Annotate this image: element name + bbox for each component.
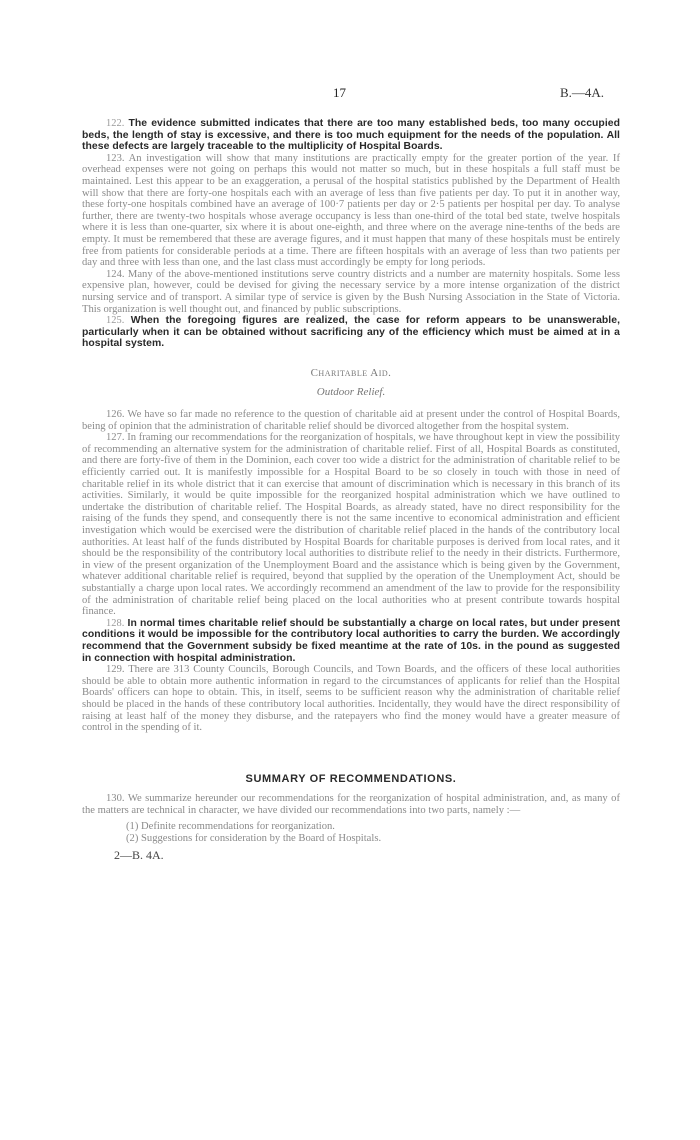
paragraph-text: An investigation will show that many ins… <box>82 153 620 268</box>
paragraph-number: 130. <box>106 793 125 804</box>
paragraph-129: 129. There are 313 County Councils, Boro… <box>82 664 620 734</box>
signature-mark: 2—B. 4A. <box>82 850 620 862</box>
paragraph-text: The evidence submitted indicates that th… <box>82 118 620 152</box>
paragraph-125: 125. When the foregoing figures are real… <box>82 315 620 350</box>
page-header: 17 B.—4A. <box>0 85 700 101</box>
paragraph-126: 126. We have so far made no reference to… <box>82 409 620 432</box>
page-number: 17 <box>333 85 346 101</box>
paragraph-text: When the foregoing figures are realized,… <box>82 315 620 349</box>
paragraph-127: 127. In framing our recommendations for … <box>82 432 620 618</box>
paragraph-123: 123. An investigation will show that man… <box>82 153 620 269</box>
paragraph-number: 124. <box>106 269 125 280</box>
summary-heading: SUMMARY OF RECOMMENDATIONS. <box>82 774 620 786</box>
paragraph-number: 127. <box>106 432 125 443</box>
paragraph-number: 122. <box>106 118 124 129</box>
document-body: 122. The evidence submitted indicates th… <box>82 118 620 862</box>
paragraph-122: 122. The evidence submitted indicates th… <box>82 118 620 153</box>
paragraph-number: 125. <box>106 315 124 326</box>
list-item: (2) Suggestions for consideration by the… <box>126 833 620 845</box>
section-heading-charitable-aid: Charitable Aid. <box>82 368 620 380</box>
paragraph-text: In framing our recommendations for the r… <box>82 432 620 617</box>
paragraph-text: Many of the above-mentioned institutions… <box>82 269 620 315</box>
paragraph-text: We have so far made no reference to the … <box>82 409 620 432</box>
paragraph-text: In normal times charitable relief should… <box>82 618 620 664</box>
paragraph-number: 123. <box>106 153 125 164</box>
paragraph-130: 130. We summarize hereunder our recommen… <box>82 793 620 816</box>
list-item: (1) Definite recommendations for reorgan… <box>126 821 620 833</box>
paragraph-128: 128. In normal times charitable relief s… <box>82 618 620 664</box>
paragraph-number: 128. <box>106 618 124 629</box>
paragraph-124: 124. Many of the above-mentioned institu… <box>82 269 620 315</box>
section-subheading-outdoor-relief: Outdoor Relief. <box>82 387 620 399</box>
document-reference: B.—4A. <box>560 85 604 101</box>
paragraph-number: 126. <box>106 409 125 420</box>
paragraph-text: We summarize hereunder our recommendatio… <box>82 793 620 816</box>
paragraph-text: There are 313 County Councils, Borough C… <box>82 664 620 733</box>
paragraph-number: 129. <box>106 664 125 675</box>
recommendation-parts-list: (1) Definite recommendations for reorgan… <box>82 821 620 845</box>
